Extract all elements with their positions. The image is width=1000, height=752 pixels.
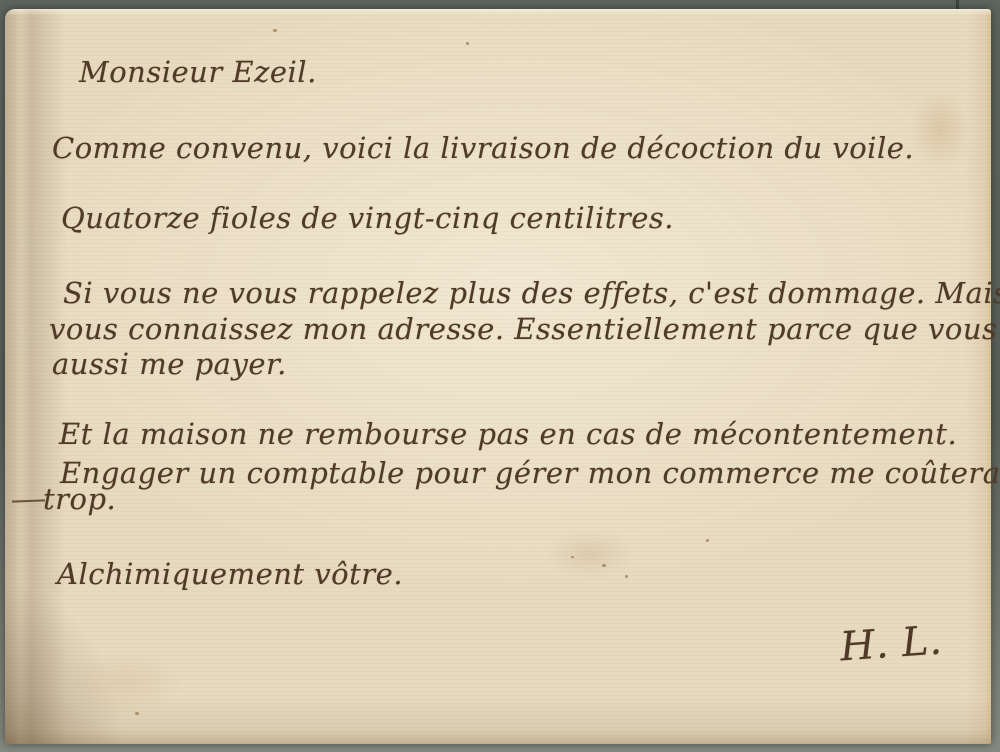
paper-speck xyxy=(466,42,469,45)
paper-stain xyxy=(545,529,635,579)
paper-speck xyxy=(273,29,277,32)
letter-line: Comme convenu, voici la livraison de déc… xyxy=(52,131,914,165)
letter-line: Et la maison ne rembourse pas en cas de … xyxy=(59,417,957,451)
letter-line: aussi me payer. xyxy=(52,347,287,381)
letter-line: vous connaissez mon adresse. Essentielle… xyxy=(49,312,1000,346)
paper-stain xyxy=(910,89,970,169)
salutation: Monsieur Ezeil. xyxy=(79,55,317,89)
paper-speck xyxy=(625,575,628,578)
paper-stain xyxy=(65,649,185,719)
letter-line: Engager un comptable pour gérer mon comm… xyxy=(60,456,1000,490)
page-corner-shadow xyxy=(5,584,125,744)
letter-line: Quatorze fioles de vingt-cinq centilitre… xyxy=(61,201,674,235)
letter-line: Alchimiquement vôtre. xyxy=(57,557,403,591)
ink-flourish xyxy=(12,499,45,502)
signature: H. L. xyxy=(839,617,944,670)
paper-speck xyxy=(135,712,139,715)
letter-page[interactable]: Monsieur Ezeil. Comme convenu, voici la … xyxy=(5,9,991,744)
paper-speck xyxy=(706,539,709,542)
paper-speck xyxy=(602,564,606,567)
letter-line: trop. xyxy=(43,482,116,516)
letter-line: Si vous ne vous rappelez plus des effets… xyxy=(63,276,1000,310)
paper-speck xyxy=(571,556,574,558)
